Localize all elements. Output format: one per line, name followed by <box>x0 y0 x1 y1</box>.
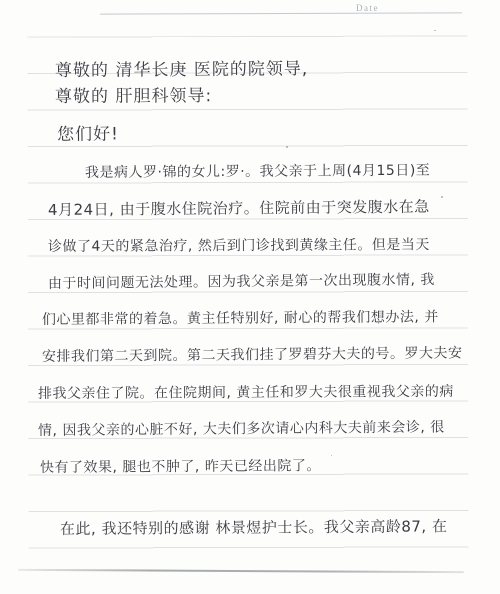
handwritten-line: 们心里都非常的着急。黄主任特别好, 耐心的帮我们想办法, 并 <box>42 306 439 329</box>
handwritten-line: 我是病人罗·锦的女儿:罗·。我父亲于上周(4月15日)至 <box>85 160 430 182</box>
salutation-line-department: 尊敬的 肝胆科领导: <box>55 81 212 107</box>
handwritten-line: 在此, 我还特别的感谢 林景煜护士长。我父亲高龄87, 在 <box>60 515 448 539</box>
handwritten-line: 由于时间问题无法处理。因为我父亲是第一次出现腹水情, 我 <box>48 269 435 293</box>
handwritten-line: 快有了效果, 腿也不肿了, 昨天已经出院了。 <box>40 455 321 477</box>
page-bottom-edge-shadow <box>18 569 464 573</box>
handwritten-line: 情, 因我父亲的心脏不好, 大夫们多次请心内科大夫前来会诊, 很 <box>38 416 445 440</box>
handwritten-line: 安排我们第二天到院。第二天我们挂了罗碧芬大夫的号。罗大夫安 <box>42 342 463 366</box>
scanned-letter-page: Date 尊敬的 清华长庚 医院的院领导, 尊敬的 肝胆科领导: 您们好! 我是… <box>0 0 500 594</box>
date-rule-line <box>100 12 462 14</box>
salutation-line-hospital: 尊敬的 清华长庚 医院的院领导, <box>55 54 308 81</box>
handwritten-line: 4月24日, 由于腹水住院治疗。住院前由于突发腹水在急 <box>48 196 430 220</box>
handwritten-line: 排我父亲住了院。在住院期间, 黄主任和罗大夫很重视我父亲的病 <box>38 381 454 403</box>
date-label: Date <box>356 3 379 13</box>
notebook-ruling <box>27 35 468 566</box>
greeting-line: 您们好! <box>57 119 119 145</box>
handwritten-line: 诊做了4天的紧急治疗, 然后到门诊找到黄缘主任。但是当天 <box>48 234 430 256</box>
